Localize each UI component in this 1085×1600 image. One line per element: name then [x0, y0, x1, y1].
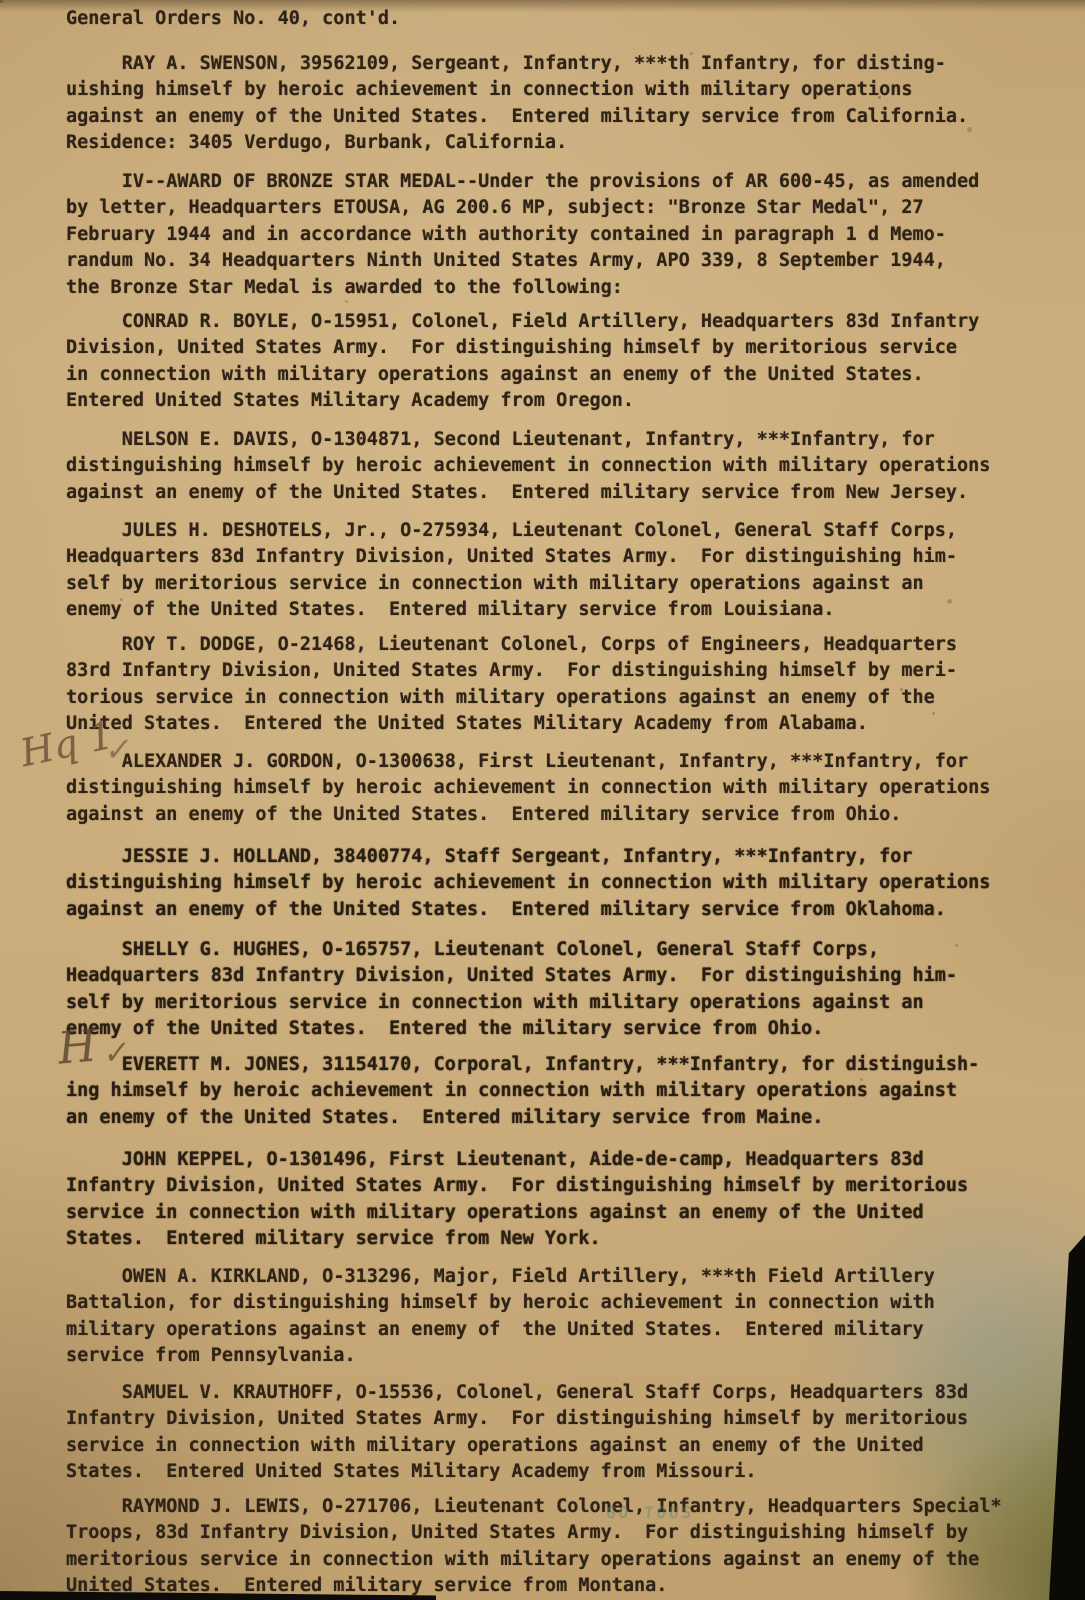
paragraph-swenson: RAY A. SWENSON, 39562109, Sergeant, Infa…: [66, 51, 1038, 157]
document-header: General Orders No. 40, cont'd.: [66, 6, 1038, 32]
paragraph-keppel: JOHN KEPPEL, O-1301496, First Lieutenant…: [66, 1147, 1038, 1253]
checkmark-gordon: ✓: [102, 732, 131, 769]
paragraph-holland: JESSIE J. HOLLAND, 38400774, Staff Serge…: [66, 844, 1038, 923]
paragraph-gordon: ALEXANDER J. GORDON, O-1300638, First Li…: [66, 749, 1038, 828]
paper-dirt-specks: [0, 0, 3, 3]
paragraph-deshotels: JULES H. DESHOTELS, Jr., O-275934, Lieut…: [66, 518, 1038, 624]
paragraph-krauthoff: SAMUEL V. KRAUTHOFF, O-15536, Colonel, G…: [66, 1380, 1038, 1486]
paragraph-hughes: SHELLY G. HUGHES, O-165757, Lieutenant C…: [66, 937, 1038, 1043]
paragraph-dodge: ROY T. DODGE, O-21468, Lieutenant Colone…: [66, 632, 1038, 738]
scanned-document-page: General Orders No. 40, cont'd. RAY A. SW…: [0, 0, 1085, 1600]
paragraph-boyle: CONRAD R. BOYLE, O-15951, Colonel, Field…: [66, 309, 1038, 415]
paragraph-award-section: IV--AWARD OF BRONZE STAR MEDAL--Under th…: [66, 169, 1038, 301]
handwritten-h-annotation: H: [56, 1020, 99, 1074]
paragraph-kirkland: OWEN A. KIRKLAND, O-313296, Major, Field…: [66, 1264, 1038, 1370]
faint-bleedthrough-stamp: GO TOUS: [605, 1503, 695, 1522]
checkmark-jones: ✓: [100, 1034, 130, 1072]
paragraph-davis: NELSON E. DAVIS, O-1304871, Second Lieut…: [66, 427, 1038, 506]
paragraph-lewis: RAYMOND J. LEWIS, O-271706, Lieutenant C…: [66, 1494, 1038, 1600]
paragraph-jones: EVERETT M. JONES, 31154170, Corporal, In…: [66, 1052, 1038, 1131]
